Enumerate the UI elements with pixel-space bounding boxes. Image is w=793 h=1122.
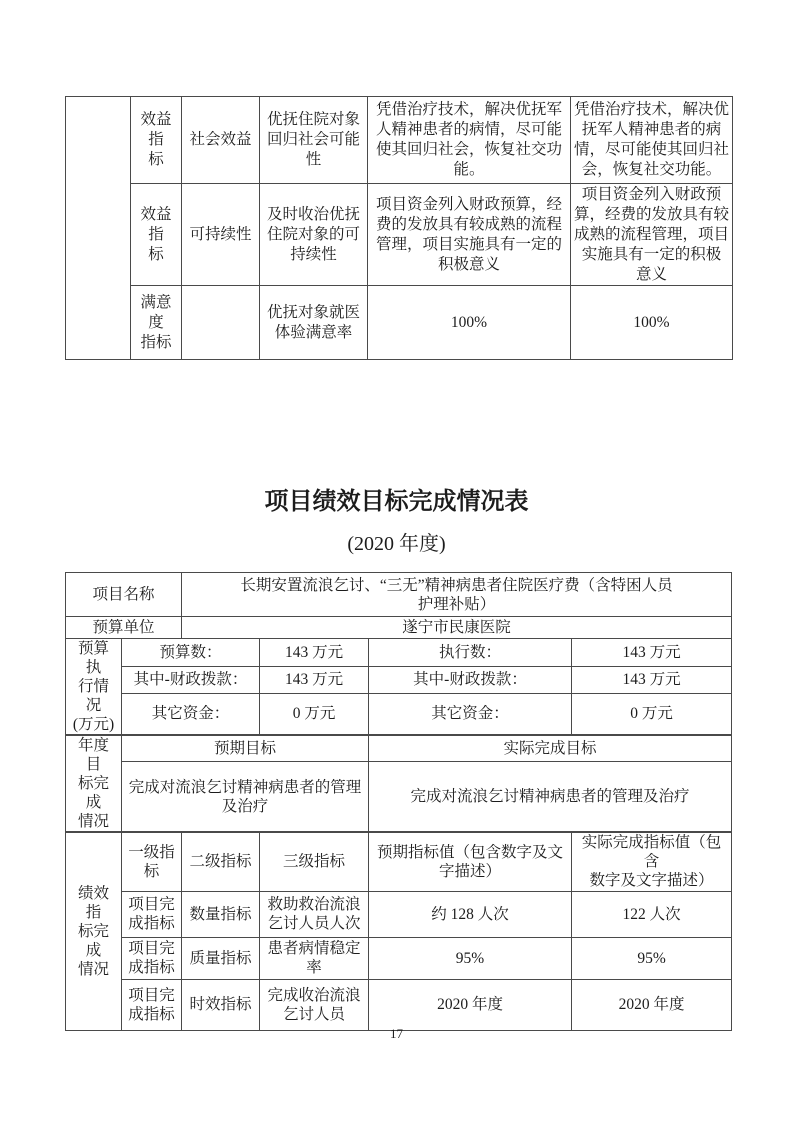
level3-indicator-cell: 优抚对象就医 体验满意率: [260, 286, 368, 360]
budget-unit-label: 预算单位: [66, 617, 182, 639]
budget-label: 执行数：: [369, 639, 572, 667]
budget-section-label: 预算执 行情况 (万元): [66, 639, 122, 736]
expected-goal-header: 预期目标: [122, 735, 369, 762]
actual-value-cell: 100%: [571, 286, 733, 360]
budget-value: 143 万元: [572, 639, 732, 667]
benefit-indicators-table: 效益指 标 社会效益 优抚住院对象 回归社会可能 性 凭借治疗技术，解决优抚军 …: [65, 96, 733, 360]
level2-cell: 质量指标: [182, 937, 260, 979]
table-row: 效益指 标 可持续性 及时收治优抚 住院对象的可 持续性 项目资金列入财政预算，…: [66, 184, 733, 286]
level2-indicator-cell: [182, 286, 260, 360]
table-row: 满意度 指标 优抚对象就医 体验满意率 100% 100%: [66, 286, 733, 360]
project-name-row: 项目名称 长期安置流浪乞讨、“三无”精神病患者住院医疗费（含特困人员 护理补贴）: [66, 573, 732, 617]
budget-label: 预算数：: [122, 639, 260, 667]
expected-value-cell: 凭借治疗技术，解决优抚军 人精神患者的病情，尽可能 使其回归社会，恢复社交功 能…: [368, 97, 571, 184]
level2-header: 二级指标: [182, 832, 260, 891]
document-page: 效益指 标 社会效益 优抚住院对象 回归社会可能 性 凭借治疗技术，解决优抚军 …: [0, 0, 793, 1122]
expected-cell: 95%: [369, 937, 572, 979]
level3-cell: 救助救治流浪 乞讨人员人次: [260, 891, 369, 937]
page-title: 项目绩效目标完成情况表: [0, 487, 793, 517]
budget-label: 其中-财政拨款：: [122, 666, 260, 693]
actual-cell: 95%: [572, 937, 732, 979]
actual-goal-header: 实际完成目标: [369, 735, 732, 762]
project-name-value: 长期安置流浪乞讨、“三无”精神病患者住院医疗费（含特困人员 护理补贴）: [182, 573, 732, 617]
level2-cell: 数量指标: [182, 891, 260, 937]
level1-indicator-cell: 满意度 指标: [131, 286, 182, 360]
budget-row: 预算执 行情况 (万元) 预算数： 143 万元 执行数： 143 万元: [66, 639, 732, 667]
level1-cell: 项目完 成指标: [122, 979, 182, 1030]
budget-label: 其中-财政拨款：: [369, 666, 572, 693]
page-number: 17: [0, 1026, 793, 1042]
budget-value: 143 万元: [572, 666, 732, 693]
actual-cell: 2020 年度: [572, 979, 732, 1030]
level1-cell: 项目完 成指标: [122, 937, 182, 979]
annual-goal-header-row: 年度目 标完成 情况 预期目标 实际完成目标: [66, 735, 732, 762]
budget-unit-value: 遂宁市民康医院: [182, 617, 732, 639]
budget-row: 其它资金： 0 万元 其它资金： 0 万元: [66, 693, 732, 735]
actual-value-cell: 项目资金列入财政预 算，经费的发放具有较 成熟的流程管理，项目 实施具有一定的积…: [571, 184, 733, 286]
expected-indicator-header: 预期指标值（包含数字及文 字描述）: [369, 832, 572, 891]
level1-header: 一级指 标: [122, 832, 182, 891]
project-name-label: 项目名称: [66, 573, 182, 617]
indicator-row: 项目完 成指标 数量指标 救助救治流浪 乞讨人员人次 约 128 人次 122 …: [66, 891, 732, 937]
table-row: 效益指 标 社会效益 优抚住院对象 回归社会可能 性 凭借治疗技术，解决优抚军 …: [66, 97, 733, 184]
level3-header: 三级指标: [260, 832, 369, 891]
performance-section-label: 绩效指 标完成 情况: [66, 832, 122, 1030]
level1-indicator-cell: 效益指 标: [131, 97, 182, 184]
level2-indicator-cell: 社会效益: [182, 97, 260, 184]
level1-cell: 项目完 成指标: [122, 891, 182, 937]
level1-indicator-cell: 效益指 标: [131, 184, 182, 286]
expected-value-cell: 项目资金列入财政预算，经 费的发放具有较成熟的流程 管理，项目实施具有一定的 积…: [368, 184, 571, 286]
budget-label: 其它资金：: [369, 693, 572, 735]
empty-merged-cell: [66, 97, 131, 360]
indicator-header-row: 绩效指 标完成 情况 一级指 标 二级指标 三级指标 预期指标值（包含数字及文 …: [66, 832, 732, 891]
level2-cell: 时效指标: [182, 979, 260, 1030]
level2-indicator-cell: 可持续性: [182, 184, 260, 286]
expected-cell: 约 128 人次: [369, 891, 572, 937]
expected-goal-value: 完成对流浪乞讨精神病患者的管理 及治疗: [122, 762, 369, 832]
expected-value-cell: 100%: [368, 286, 571, 360]
level3-indicator-cell: 优抚住院对象 回归社会可能 性: [260, 97, 368, 184]
budget-value: 143 万元: [260, 666, 369, 693]
budget-value: 143 万元: [260, 639, 369, 667]
actual-cell: 122 人次: [572, 891, 732, 937]
actual-value-cell: 凭借治疗技术，解决优 抚军人精神患者的病 情，尽可能使其回归社 会，恢复社交功能…: [571, 97, 733, 184]
budget-row: 其中-财政拨款： 143 万元 其中-财政拨款： 143 万元: [66, 666, 732, 693]
level3-cell: 完成收治流浪 乞讨人员: [260, 979, 369, 1030]
annual-goal-content-row: 完成对流浪乞讨精神病患者的管理 及治疗 完成对流浪乞讨精神病患者的管理及治疗: [66, 762, 732, 832]
indicator-row: 项目完 成指标 时效指标 完成收治流浪 乞讨人员 2020 年度 2020 年度: [66, 979, 732, 1030]
actual-goal-value: 完成对流浪乞讨精神病患者的管理及治疗: [369, 762, 732, 832]
level3-cell: 患者病情稳定 率: [260, 937, 369, 979]
annual-section-label: 年度目 标完成 情况: [66, 735, 122, 832]
indicator-row: 项目完 成指标 质量指标 患者病情稳定 率 95% 95%: [66, 937, 732, 979]
budget-value: 0 万元: [572, 693, 732, 735]
level3-indicator-cell: 及时收治优抚 住院对象的可 持续性: [260, 184, 368, 286]
page-subtitle: (2020 年度): [0, 530, 793, 558]
budget-label: 其它资金：: [122, 693, 260, 735]
actual-indicator-header: 实际完成指标值（包含 数字及文字描述）: [572, 832, 732, 891]
expected-cell: 2020 年度: [369, 979, 572, 1030]
budget-unit-row: 预算单位 遂宁市民康医院: [66, 617, 732, 639]
budget-value: 0 万元: [260, 693, 369, 735]
performance-target-table: 项目名称 长期安置流浪乞讨、“三无”精神病患者住院医疗费（含特困人员 护理补贴）…: [65, 572, 732, 1031]
